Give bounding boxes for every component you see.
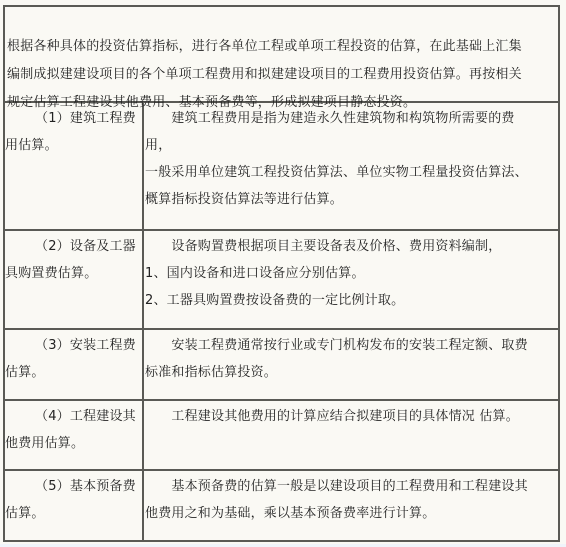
row-label-installation: （3）安装工程费 估算。 <box>5 332 140 386</box>
estimate-table: 根据各种具体的投资估算指标，进行各单位工程或单项工程投资的估算，在此基础上汇集 … <box>3 5 560 542</box>
row-label-equipment: （2）设备及工器 具购置费估算。 <box>5 233 140 287</box>
row-label-other-costs: （4）工程建设其 他费用估算。 <box>5 403 140 457</box>
row-divider <box>5 328 558 330</box>
row-desc-construction: 建筑工程费用是指为建造永久性建筑物和构筑物所需要的费 用， 一般采用单位建筑工程… <box>145 105 557 213</box>
row-desc-contingency: 基本预备费的估算一般是以建设项目的工程费用和工程建设其 他费用之和为基础，乘以基… <box>145 473 557 527</box>
row-label-contingency: （5）基本预备费 估算。 <box>5 473 140 527</box>
column-divider <box>142 101 144 540</box>
document-page: 根据各种具体的投资估算指标，进行各单位工程或单项工程投资的估算，在此基础上汇集 … <box>0 0 566 544</box>
row-divider <box>5 469 558 471</box>
row-divider <box>5 399 558 401</box>
row-label-construction: （1）建筑工程费 用估算。 <box>5 105 140 159</box>
intro-line: 根据各种具体的投资估算指标，进行各单位工程或单项工程投资的估算，在此基础上汇集 <box>7 33 557 61</box>
intro-line: 编制成拟建建设项目的各个单项工程费用和拟建建设项目的工程费用投资估算。再按相关 <box>7 61 557 89</box>
row-divider <box>5 229 558 231</box>
row-desc-installation: 安装工程费通常按行业或专门机构发布的安装工程定额、取费 标准和指标估算投资。 <box>145 332 557 386</box>
row-desc-other-costs: 工程建设其他费用的计算应结合拟建项目的具体情况 估算。 <box>145 403 557 430</box>
row-desc-equipment: 设备购置费根据项目主要设备表及价格、费用资料编制， 1、国内设备和进口设备应分别… <box>145 233 557 314</box>
